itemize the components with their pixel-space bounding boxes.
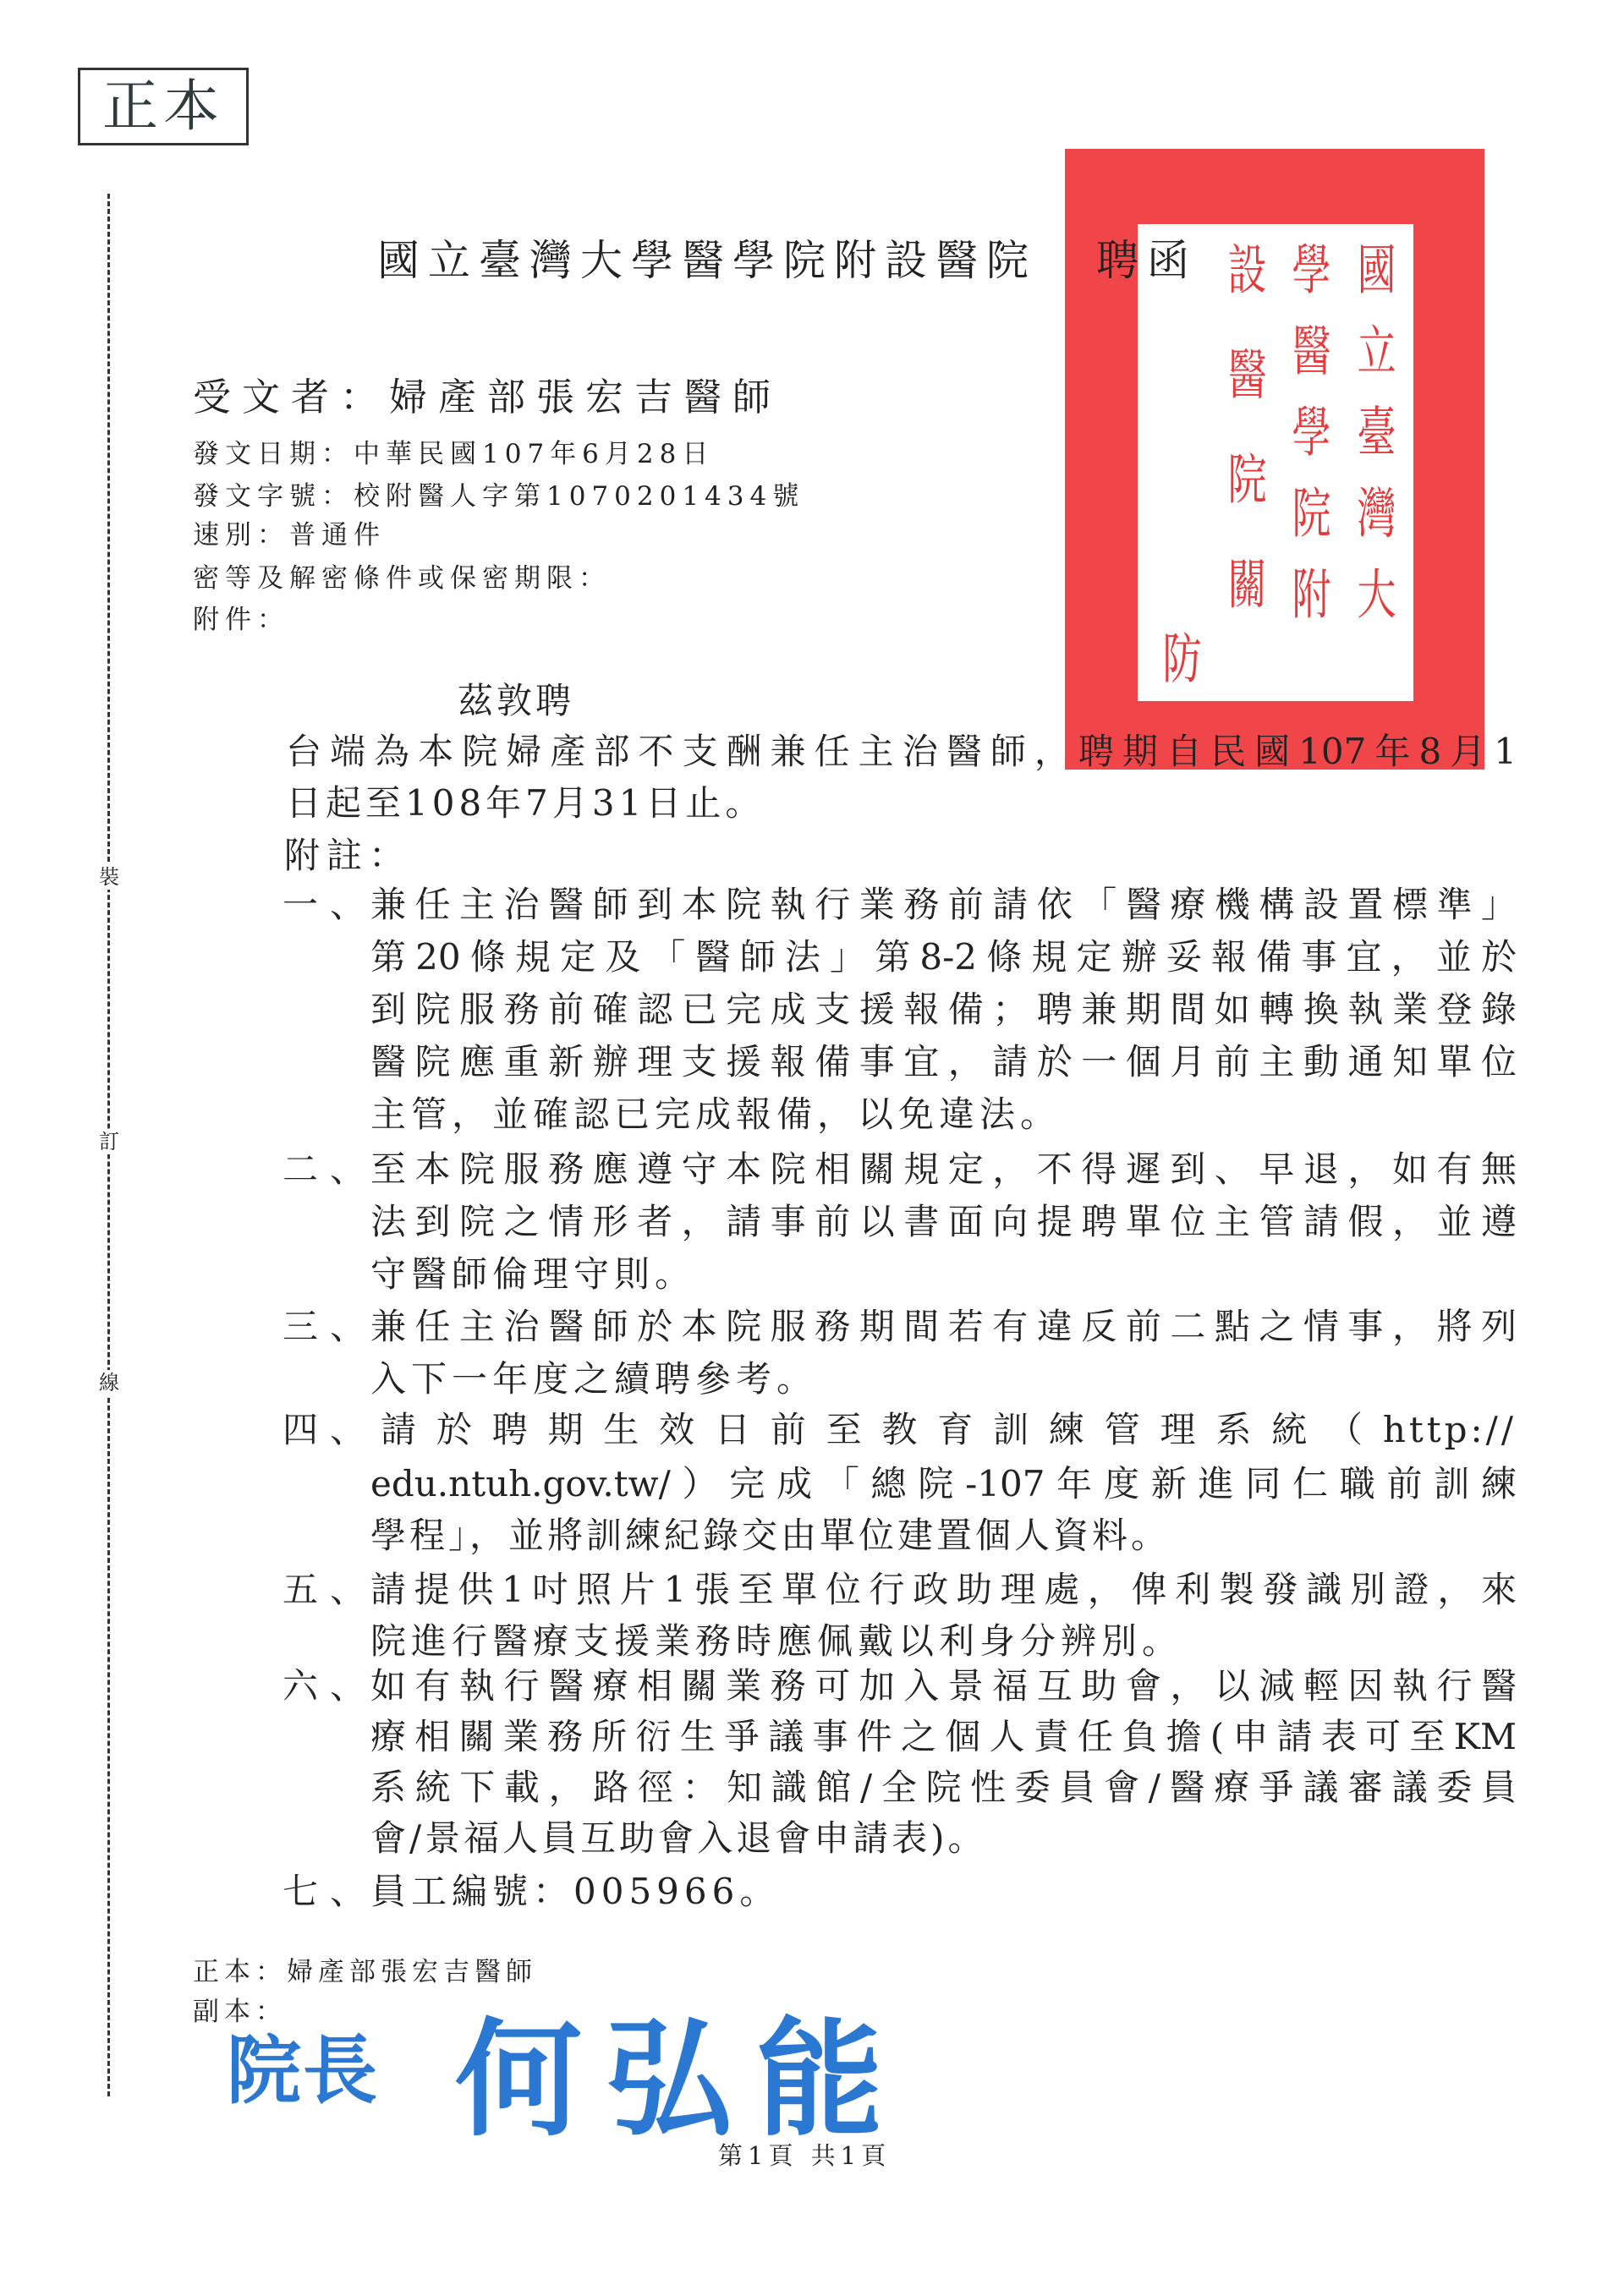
recipient-line: 受文者：婦產部張宏吉醫師 xyxy=(193,375,782,419)
seal-column: 國立臺灣大 xyxy=(1349,241,1396,684)
note-text: 兼任主治醫師於本院服務期間若有違反前二點之情事，將列 xyxy=(370,1307,1517,1347)
recipient-value: 婦產部張宏吉醫師 xyxy=(389,375,782,419)
note-line: 法到院之情形者，請事前以書面向提聘單位主管請假，並遵 xyxy=(370,1202,1517,1242)
cc-label: 副本： xyxy=(193,1997,287,2027)
seal-column: 防 xyxy=(1155,241,1202,684)
note-line: 兼任主治醫師於本院服務期間若有違反前二點之情事，將列 xyxy=(370,1307,1517,1347)
meta-attachment: 附件： xyxy=(193,603,289,637)
note-text: 第20條規定及「醫師法」第8-2條規定辦妥報備事宜，並於 xyxy=(370,937,1517,978)
page-number: 第1頁 共1頁 xyxy=(718,2141,891,2170)
main-text-line: 台端為本院婦產部不支酬兼任主治醫師，聘期自民國107年8月1 xyxy=(286,732,1517,772)
meta-classification: 密等及解密條件或保密期限： xyxy=(193,562,611,595)
note-line: 系統下載，路徑：知識館/全院性委員會/醫療爭議審議委員 xyxy=(370,1767,1517,1808)
note-number: 七、 xyxy=(283,1871,377,1912)
doc-type: 聘函 xyxy=(1096,236,1198,285)
seal-column-text: 設醫院關 xyxy=(1224,241,1263,660)
distribution-original: 正本：婦產部張宏吉醫師 xyxy=(193,1955,537,1989)
meta-value: 校附醫人字第1070201434號 xyxy=(354,481,804,512)
binding-label-zhuang: 裝 xyxy=(96,864,122,890)
note-line: 醫院應重新辦理支援報備事宜，請於一個月前主動通知單位 xyxy=(370,1042,1517,1082)
meta-doc-number: 發文字號：校附醫人字第1070201434號 xyxy=(193,479,804,513)
note-line: 守醫師倫理守則。 xyxy=(370,1254,695,1295)
cc-label: 正本： xyxy=(193,1957,287,1987)
document-title: 國立臺灣大學醫學院附設醫院聘函 xyxy=(377,237,1198,284)
note-line: 到院服務前確認已完成支援報備；聘兼期間如轉換執業登錄 xyxy=(370,989,1517,1030)
main-text-line: 日起至108年7月31日止。 xyxy=(286,783,765,824)
seal-column-text: 防 xyxy=(1159,630,1198,684)
note-line: 至本院服務應遵守本院相關規定，不得遲到、早退，如有無 xyxy=(370,1149,1517,1190)
seal-column: 設醫院關 xyxy=(1220,241,1266,684)
note-line: 入下一年度之續聘參考。 xyxy=(370,1359,817,1400)
note-text: 至本院服務應遵守本院相關規定，不得遲到、早退，如有無 xyxy=(370,1149,1517,1190)
note-line: edu.ntuh.gov.tw/）完成「總院-107年度新進同仁職前訓練 xyxy=(370,1464,1517,1504)
note-line: 如有執行醫療相關業務可加入景福互助會，以減輕因執行醫 xyxy=(370,1666,1517,1707)
meta-label: 發文字號： xyxy=(193,481,354,512)
note-text: 醫院應重新辦理支援報備事宜，請於一個月前主動通知單位 xyxy=(370,1042,1517,1082)
recipient-label: 受文者： xyxy=(193,375,389,419)
note-line: 請於聘期生效日前至教育訓練管理系統（http:// xyxy=(381,1410,1517,1450)
main-text: 台端為本院婦產部不支酬兼任主治醫師，聘期自民國107年8月1 xyxy=(286,732,1517,772)
notes-label: 附註： xyxy=(284,836,411,876)
binding-label-ding: 訂 xyxy=(96,1129,122,1154)
note-line: 學程」，並將訓練紀錄交由單位建置個人資料。 xyxy=(370,1515,1170,1556)
note-number: 六、 xyxy=(283,1666,377,1707)
signature-title: 院長 xyxy=(227,2034,379,2108)
seal-column-text: 國立臺灣大 xyxy=(1353,241,1392,647)
meta-value: 中華民國107年6月28日 xyxy=(354,439,714,469)
note-text: 請於聘期生效日前至教育訓練管理系統（http:// xyxy=(381,1410,1517,1450)
note-line: 兼任主治醫師到本院執行業務前請依「醫療機構設置標準」 xyxy=(370,885,1517,925)
note-line: 請提供1吋照片1張至單位行政助理處，俾利製發識別證，來 xyxy=(370,1570,1517,1610)
note-line: 主管，並確認已完成報備，以免違法。 xyxy=(370,1094,1061,1135)
note-text: 如有執行醫療相關業務可加入景福互助會，以減輕因執行醫 xyxy=(370,1666,1517,1707)
note-text: 法到院之情形者，請事前以書面向提聘單位主管請假，並遵 xyxy=(370,1202,1517,1242)
signature-name: 何弘能 xyxy=(455,2017,907,2144)
note-text: 療相關業務所衍生爭議事件之個人責任負擔(申請表可至KM xyxy=(370,1717,1517,1757)
seal-column-text: 學醫學院附 xyxy=(1288,241,1327,647)
org-name: 國立臺灣大學醫學院附設醫院 xyxy=(377,236,1037,285)
note-text: 系統下載，路徑：知識館/全院性委員會/醫療爭議審議委員 xyxy=(370,1767,1517,1808)
meta-label: 發文日期： xyxy=(193,439,354,469)
note-number: 一、 xyxy=(283,885,377,925)
note-line: 員工編號：005966。 xyxy=(370,1871,780,1912)
seal-column: 學醫學院附 xyxy=(1285,241,1331,684)
meta-label: 密等及解密條件或保密期限： xyxy=(193,563,611,594)
meta-label: 速別： xyxy=(193,520,289,551)
meta-label: 附件： xyxy=(193,605,289,635)
note-text: edu.ntuh.gov.tw/）完成「總院-107年度新進同仁職前訓練 xyxy=(370,1464,1517,1504)
note-line: 第20條規定及「醫師法」第8-2條規定辦妥報備事宜，並於 xyxy=(370,937,1517,978)
opening-phrase: 茲敦聘 xyxy=(458,681,574,721)
note-line: 會/景福人員互助會入退會申請表)。 xyxy=(370,1818,987,1859)
binding-label-xian: 線 xyxy=(96,1370,122,1395)
note-text: 請提供1吋照片1張至單位行政助理處，俾利製發識別證，來 xyxy=(370,1570,1517,1610)
note-text: 到院服務前確認已完成支援報備；聘兼期間如轉換執業登錄 xyxy=(370,989,1517,1030)
copy-mark: 正本 xyxy=(102,79,224,134)
note-number: 三、 xyxy=(283,1307,377,1347)
copy-mark-box: 正本 xyxy=(78,68,249,145)
note-number: 四、 xyxy=(283,1410,377,1450)
distribution-copy: 副本： xyxy=(193,1995,287,2029)
meta-value: 普通件 xyxy=(289,520,386,551)
note-number: 五、 xyxy=(283,1570,377,1610)
note-line: 療相關業務所衍生爭議事件之個人責任負擔(申請表可至KM xyxy=(370,1717,1517,1757)
meta-date: 發文日期：中華民國107年6月28日 xyxy=(193,437,714,471)
note-number: 二、 xyxy=(283,1149,377,1190)
cc-value: 婦產部張宏吉醫師 xyxy=(287,1957,537,1987)
seal-inner: 國立臺灣大 學醫學院附 設醫院關 防 xyxy=(1138,224,1413,701)
note-text: 兼任主治醫師到本院執行業務前請依「醫療機構設置標準」 xyxy=(370,885,1517,925)
note-line: 院進行醫療支援業務時應佩戴以利身分辨別。 xyxy=(370,1621,1182,1662)
meta-speed: 速別：普通件 xyxy=(193,518,386,552)
